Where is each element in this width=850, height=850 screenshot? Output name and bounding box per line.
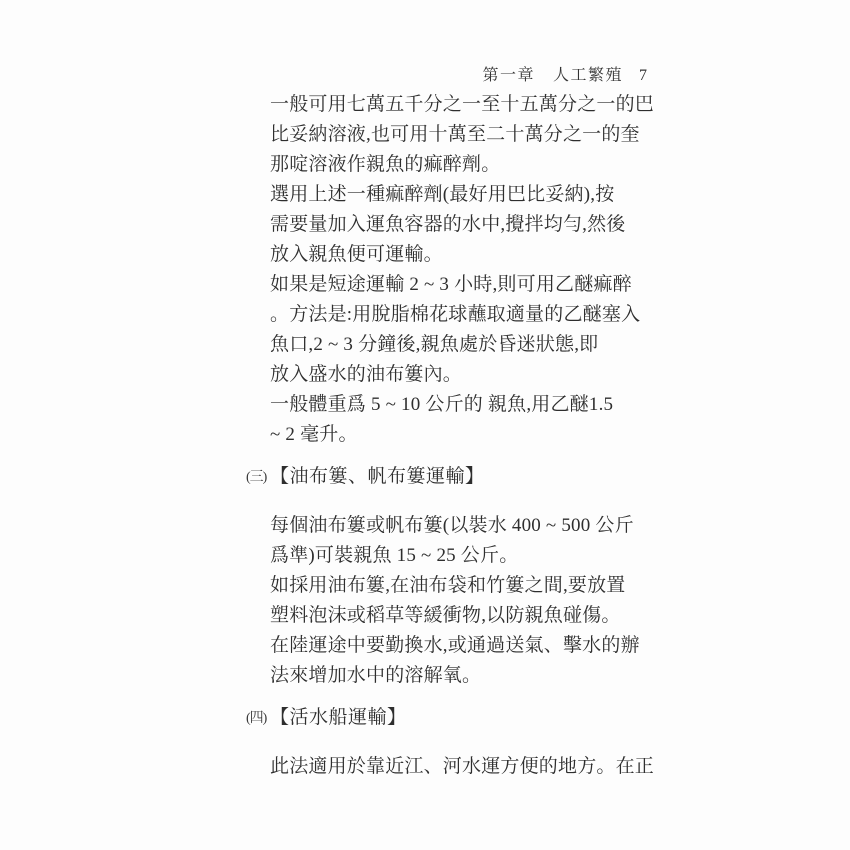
paragraph: 此法適用於靠近江、河水運方便的地方。在正 — [270, 752, 652, 782]
text-line: 那啶溶液作親魚的痲醉劑。 — [270, 150, 652, 180]
text-line: 爲準)可裝親魚 15 ~ 25 公斤。 — [270, 541, 652, 571]
section-number-marker: (四) — [246, 704, 270, 734]
scanned-book-page: 第一章人工繁殖7 一般可用七萬五千分之一至十五萬分之一的巴比妥納溶液,也可用十萬… — [0, 0, 850, 850]
section-heading: (四)【活水船運輸】 — [270, 703, 652, 734]
text-line: ~ 2 毫升。 — [270, 420, 652, 450]
text-line: 如果是短途運輸 2 ~ 3 小時,則可用乙醚痲醉 — [270, 270, 652, 300]
text-line: 一般可用七萬五千分之一至十五萬分之一的巴 — [270, 90, 652, 120]
section-heading: (三)【油布簍、帆布簍運輸】 — [270, 462, 652, 493]
text-line: 每個油布簍或帆布簍(以裝水 400 ~ 500 公斤 — [270, 511, 652, 541]
text-line: 選用上述一種痲醉劑(最好用巴比妥納),按 — [270, 180, 652, 210]
text-line: 放入盛水的油布簍內。 — [270, 360, 652, 390]
text-line: 放入親魚便可運輸。 — [270, 240, 652, 270]
text-line: 在陸運途中要勤換水,或通過送氣、擊水的辦 — [270, 631, 652, 661]
paragraph: 一般可用七萬五千分之一至十五萬分之一的巴比妥納溶液,也可用十萬至二十萬分之一的奎… — [270, 90, 652, 180]
section-number-marker: (三) — [246, 463, 270, 493]
text-line: 比妥納溶液,也可用十萬至二十萬分之一的奎 — [270, 120, 652, 150]
text-column: 一般可用七萬五千分之一至十五萬分之一的巴比妥納溶液,也可用十萬至二十萬分之一的奎… — [270, 90, 652, 782]
paragraph: 如果是短途運輸 2 ~ 3 小時,則可用乙醚痲醉。方法是:用脫脂棉花球蘸取適量的… — [270, 270, 652, 390]
page-number: 7 — [639, 67, 647, 84]
chapter-label: 第一章 — [482, 67, 535, 84]
paragraph: 一般體重爲 5 ~ 10 公斤的 親魚,用乙醚1.5~ 2 毫升。 — [270, 390, 652, 450]
text-line: 一般體重爲 5 ~ 10 公斤的 親魚,用乙醚1.5 — [270, 390, 652, 420]
text-line: 法來增加水中的溶解氧。 — [270, 661, 652, 691]
paragraph: 在陸運途中要勤換水,或通過送氣、擊水的辦法來增加水中的溶解氧。 — [270, 631, 652, 691]
paragraph: 如採用油布簍,在油布袋和竹簍之間,要放置塑料泡沫或稻草等緩衝物,以防親魚碰傷。 — [270, 571, 652, 631]
section-title-label: 人工繁殖 — [553, 67, 623, 84]
text-line: 如採用油布簍,在油布袋和竹簍之間,要放置 — [270, 571, 652, 601]
paragraph: 每個油布簍或帆布簍(以裝水 400 ~ 500 公斤爲準)可裝親魚 15 ~ 2… — [270, 511, 652, 571]
text-line: 魚口,2 ~ 3 分鐘後,親魚處於昏迷狀態,即 — [270, 330, 652, 360]
text-line: 此法適用於靠近江、河水運方便的地方。在正 — [270, 752, 652, 782]
text-line: 。方法是:用脫脂棉花球蘸取適量的乙醚塞入 — [270, 300, 652, 330]
text-line: 需要量加入運魚容器的水中,攪拌均勻,然後 — [270, 210, 652, 240]
section-heading-title: 【活水船運輸】 — [270, 707, 407, 728]
section-heading-title: 【油布簍、帆布簍運輸】 — [270, 466, 485, 487]
paragraph: 選用上述一種痲醉劑(最好用巴比妥納),按需要量加入運魚容器的水中,攪拌均勻,然後… — [270, 180, 652, 270]
text-line: 塑料泡沫或稻草等緩衝物,以防親魚碰傷。 — [270, 601, 652, 631]
